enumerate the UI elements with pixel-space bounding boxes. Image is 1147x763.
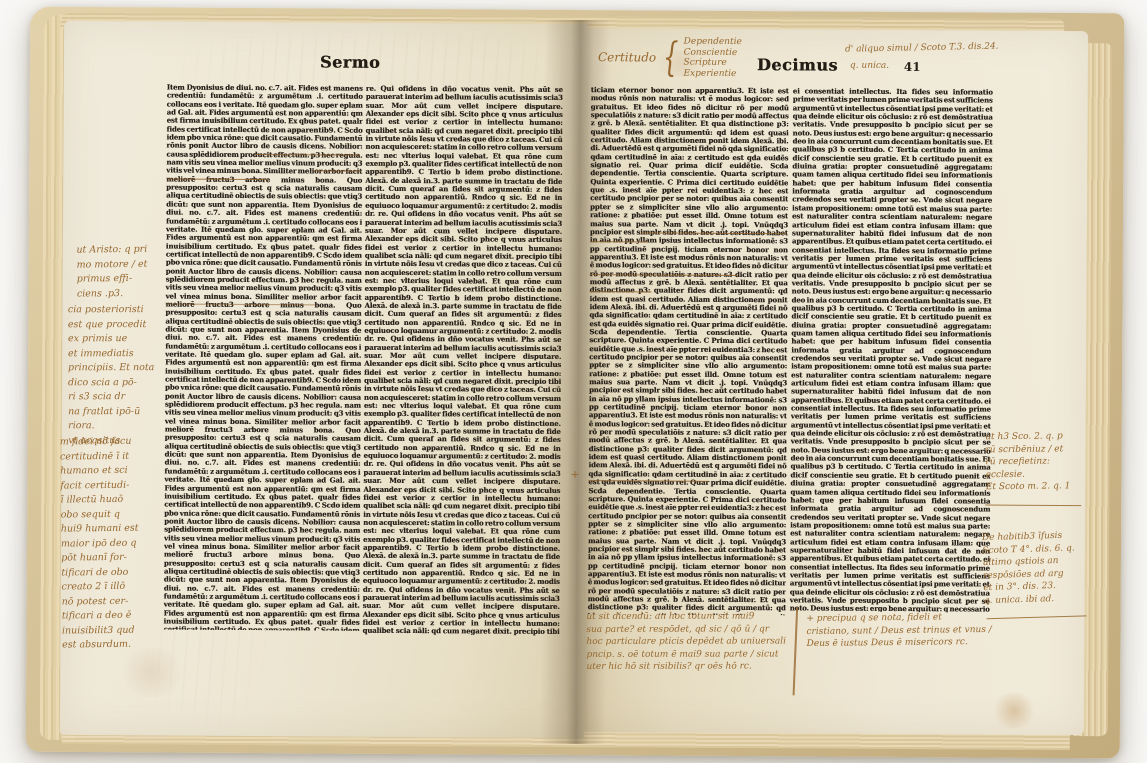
margin-note-left-3: m fidei nō facu certitudinē ī it humano … xyxy=(60,435,140,653)
margin-note-right-2: De habitib3 īfusis Scoto T 4°. dis. 6. q… xyxy=(982,529,1077,607)
top-right-annotation-2: q. unica. xyxy=(850,60,889,73)
bracket-branch-words: Dependentie Conscientie Scripture Experi… xyxy=(683,37,741,79)
margin-note-left-2: cia posterioristi est que procedit ex pr… xyxy=(68,303,155,448)
open-book: Sermo Item Dyonisius de diui. no. c.7. a… xyxy=(26,7,1125,759)
bracket-root-word: Certitudo xyxy=(598,50,656,64)
bottom-note-right: + precipua q se nota, fideli et cristian… xyxy=(806,611,992,651)
folio-number: 41 xyxy=(904,60,921,74)
certitudo-bracket-note: Certitudo { Dependentie Conscientie Scri… xyxy=(598,36,742,79)
right-page-column-2: ei consentiat intellectus. Ita fides seu… xyxy=(790,87,993,612)
left-page-column-1: Item Dyonisius de diui. no. c.7. ait. Fi… xyxy=(163,84,362,631)
bottom-note-center: ut sit dicendū: an hoc totum sit mai9 su… xyxy=(586,610,786,673)
brace-glyph: { xyxy=(663,38,679,78)
right-page-column-1: ticiam eternor bonor non apparentiu3. Et… xyxy=(588,86,789,615)
running-header-right: Decimus xyxy=(757,55,838,74)
margin-note-right-1: ut h3 Sco. 2. q. p rū scribēniuz / et rū… xyxy=(985,430,1070,493)
cross-mark: + xyxy=(570,468,579,481)
running-header-left: Sermo xyxy=(320,52,380,71)
left-page-column-2: re. Qui ofidens in dño vocatus venit. Ph… xyxy=(362,85,562,636)
margin-note-left-1: ut Aristo: q pri mo motore / et primus e… xyxy=(76,243,148,302)
